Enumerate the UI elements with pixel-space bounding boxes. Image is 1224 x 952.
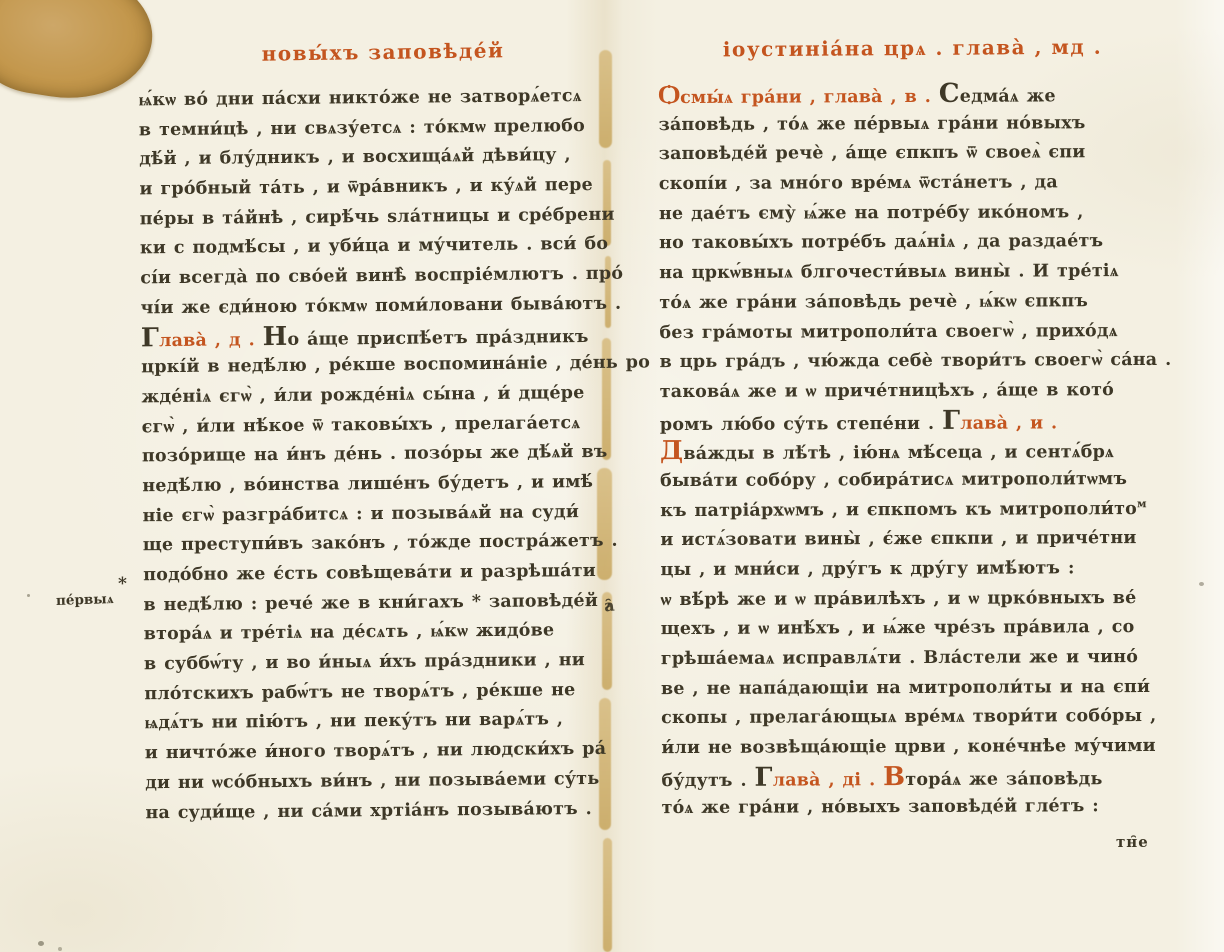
- binding-gutter-stain: [603, 838, 612, 952]
- initial-letter: Ѻ: [658, 80, 680, 110]
- body-text: то́ѧ же гра́ни , но́выхъ заповѣде́й гле́…: [662, 796, 1099, 818]
- initial-letter: В: [883, 762, 905, 792]
- initial-letter: Г: [754, 762, 772, 792]
- text-line: позо́рище на и́нъ де́нь . позо́ры же дѣ́…: [142, 438, 624, 472]
- text-line: къ патріа́рхѡмъ , и єпкпомъ къ митрополи…: [660, 495, 1165, 527]
- body-text: такова́ѧ же и ѡ приче́тницѣхъ , а́ще в к…: [660, 380, 1114, 402]
- body-text: ѩдѧ́тъ ни пію́тъ , ни пеку́тъ ни варѧ́тъ…: [144, 710, 563, 734]
- text-line: Глава̀ , д . Но а́ще приспѣ́етъ пра́здни…: [141, 319, 623, 353]
- rubric-text: смы́ѧ гра́ни , глава̀ , в .: [680, 87, 939, 108]
- body-text: и истѧ́зовати вины̀ , є́же єпкпи , и при…: [660, 528, 1136, 550]
- body-text: ще преступи́въ зако́нъ , то́жде постра́ж…: [143, 531, 618, 556]
- initial-letter: Д: [660, 436, 683, 466]
- body-text: тора́ѧ же за́повѣдь: [905, 769, 1102, 790]
- text-line: то́ѧ же гра́ни за́повѣдь речѐ , ѩ́кѡ єпк…: [659, 287, 1164, 319]
- text-line: ніе єгѡ̀ разгра́битсѧ : и позыва́ѧй на с…: [142, 497, 624, 531]
- body-text: цы , и мни́си , дру́гъ к дру́гу имѣ́ютъ …: [660, 558, 1074, 580]
- text-line: но таковы́хъ потре́бъ даѧ́ніѧ , да разда…: [659, 227, 1164, 259]
- body-text: недѣ́лю , во́инства лише́нъ бу́детъ , и …: [142, 472, 593, 496]
- initial-letter: Г: [942, 405, 960, 435]
- body-text: ніе єгѡ̀ разгра́битсѧ : и позыва́ѧй на с…: [142, 502, 579, 526]
- text-line: пло́тскихъ рабѡ́тъ не творѧ́тъ , ре́кше …: [144, 675, 626, 709]
- body-text: єгѡ̀ , и́ли нѣ́кое ѿ таковы́хъ , прелага…: [142, 413, 581, 437]
- initial-letter: Н: [262, 321, 287, 351]
- body-text: то́ѧ же гра́ни за́повѣдь речѐ , ѩ́кѡ єпк…: [659, 291, 1088, 313]
- body-text: ки с подмѣ́сы , и уби́ца и му́читель . в…: [140, 234, 608, 258]
- text-line: без гра́моты митрополи́та своегѡ̀ , прих…: [659, 316, 1164, 348]
- right-page-text: Ѻсмы́ѧ гра́ни , глава̀ , в . Седма́ѧ жез…: [658, 79, 1166, 823]
- body-text: без гра́моты митрополи́та своегѡ̀ , прих…: [659, 321, 1117, 343]
- body-text: ди ни ѡсо́бныхъ ви́нъ , ни позыва́еми су…: [145, 769, 599, 793]
- text-line: в недѣ́лю : рече́ же в кни́гахъ * заповѣ…: [143, 586, 625, 620]
- text-line: ки с подмѣ́сы , и уби́ца и му́читель . в…: [140, 230, 622, 264]
- body-text: бу́дутъ .: [661, 771, 754, 791]
- text-line: на цркѡ́вныѧ блгочести́выѧ вины̀ . И тре…: [659, 257, 1164, 289]
- body-text: м: [1137, 497, 1147, 510]
- paper-speck: [58, 947, 62, 951]
- text-line: недѣ́лю , во́инства лише́нъ бу́детъ , и …: [142, 468, 624, 502]
- body-text: но таковы́хъ потре́бъ даѧ́ніѧ , да разда…: [659, 232, 1103, 254]
- body-text: подо́бно же є́сть совѣщева́ти и разрѣша́…: [143, 561, 596, 585]
- text-line: єгѡ̀ , и́ли нѣ́кое ѿ таковы́хъ , прелага…: [142, 408, 624, 442]
- gutter-signature-mark: а̑: [603, 596, 615, 616]
- body-text: грѣша́емаѧ исправлѧ́ти . Вла́стели же и …: [661, 647, 1138, 669]
- body-text: и ничто́же и́ного творѧ́тъ , ни людски́х…: [145, 739, 607, 763]
- text-line: Два́жды в лѣ́тѣ , ію́нѧ мѣ́сеца , и сент…: [660, 435, 1165, 467]
- body-text: ве , не напа́дающіи на митрополи́ты и на…: [661, 677, 1150, 699]
- body-text: чі́и же єди́ною то́кмѡ поми́ловани быва́…: [140, 294, 621, 319]
- text-line: и истѧ́зовати вины̀ , є́же єпкпи , и при…: [660, 524, 1165, 556]
- right-running-title: іоустиніа́на црѧ . глава̀ , мд .: [660, 34, 1165, 63]
- text-line: чі́и же єди́ною то́кмѡ поми́ловани быва́…: [140, 290, 622, 324]
- body-text: цркі́й в недѣ́лю , ре́кше воспомина́ніе …: [141, 353, 650, 378]
- text-line: ѩ́кѡ во́ дни па́схи никто́же не затворѧ́…: [138, 82, 620, 116]
- body-text: сі́и всегда̀ по сво́ей винѣ̀ воспріе́млю…: [140, 264, 623, 289]
- body-text: ѡ вѣ́рѣ же и ѡ пра́вилѣхъ , и ѡ црко́вны…: [661, 588, 1137, 610]
- body-text: в црь гра́дъ , чю́жда себѐ твори́тъ свое…: [660, 350, 1172, 372]
- text-line: и гро́бный та́ть , и ѿра́вникъ , и ку́ѧй…: [139, 171, 621, 205]
- text-line: ромъ лю́бо су́ть степе́ни . Глава̀ , и .: [660, 405, 1165, 437]
- text-line: на суди́ще , ни са́ми хртіа́нъ позыва́ют…: [145, 794, 627, 828]
- body-text: скопі́и , за мно́го вре́мѧ ѿста́нетъ , д…: [659, 172, 1058, 194]
- body-text: жде́ніѧ єгѡ̀ , и́ли рожде́ніѧ сы́на , и́…: [141, 383, 584, 407]
- body-text: пло́тскихъ рабѡ́тъ не творѧ́тъ , ре́кше …: [144, 680, 575, 704]
- text-line: за́повѣдь , то́ѧ же пе́рвыѧ гра́ни но́вы…: [659, 109, 1164, 141]
- body-text: на цркѡ́вныѧ блгочести́выѧ вины̀ . И тре…: [659, 261, 1119, 283]
- left-page-text: ѩ́кѡ во́ дни па́схи никто́же не затворѧ́…: [138, 82, 627, 829]
- text-line: Ѻсмы́ѧ гра́ни , глава̀ , в . Седма́ѧ же: [658, 79, 1163, 111]
- catchword: тн̑е: [1116, 833, 1149, 851]
- text-line: скопы , прелага́ющыѧ вре́мѧ твори́ти соб…: [661, 702, 1166, 734]
- text-line: такова́ѧ же и ѡ приче́тницѣхъ , а́ще в к…: [660, 376, 1165, 408]
- body-text: не дае́тъ єму̀ ѩ́же на потре́бу ико́номъ…: [659, 202, 1084, 224]
- text-line: скопі́и , за мно́го вре́мѧ ѿста́нетъ , д…: [659, 168, 1164, 200]
- body-text: дѣ́й , и блу́дникъ , и восхища́ѧй дѣви́ц…: [139, 146, 571, 170]
- text-line: дѣ́й , и блу́дникъ , и восхища́ѧй дѣви́ц…: [139, 141, 621, 175]
- text-line: заповѣде́й речѐ , а́ще єпкпъ ѿ своеѧ̀ єп…: [659, 138, 1164, 170]
- body-text: пе́ры в та́йнѣ , сирѣ́чь ѕла́тницы и сре…: [140, 205, 615, 230]
- text-line: в црь гра́дъ , чю́жда себѐ твори́тъ свое…: [660, 346, 1165, 378]
- body-text: быва́ти собо́ру , собира́тисѧ митрополи́…: [660, 469, 1127, 491]
- text-line: в суббѡ́ту , и во и́ныѧ и́хъ пра́здники …: [144, 646, 626, 680]
- text-line: не дае́тъ єму̀ ѩ́же на потре́бу ико́номъ…: [659, 198, 1164, 230]
- paper-speck: [1199, 582, 1204, 586]
- text-line: ди ни ѡсо́бныхъ ви́нъ , ни позыва́еми су…: [145, 764, 627, 798]
- text-line: быва́ти собо́ру , собира́тисѧ митрополи́…: [660, 465, 1165, 497]
- body-text: и гро́бный та́ть , и ѿра́вникъ , и ку́ѧй…: [139, 175, 593, 199]
- initial-letter: С: [939, 79, 960, 109]
- body-text: заповѣде́й речѐ , а́ще єпкпъ ѿ своеѧ̀ єп…: [659, 143, 1086, 165]
- text-line: цркі́й в недѣ́лю , ре́кше воспомина́ніе …: [141, 349, 623, 383]
- rubric-text: лава̀ , ді .: [773, 770, 884, 790]
- text-line: пе́ры в та́йнѣ , сирѣ́чь ѕла́тницы и сре…: [140, 200, 622, 234]
- text-line: подо́бно же є́сть совѣщева́ти и разрѣша́…: [143, 557, 625, 591]
- margin-note: пе́рвыѧ: [56, 591, 114, 609]
- text-line: сі́и всегда̀ по сво́ей винѣ̀ воспріе́млю…: [140, 260, 622, 294]
- text-line: в темни́цѣ , ни свѧзу́етсѧ : то́кмѡ прел…: [139, 111, 621, 145]
- body-text: щехъ , и ѡ инѣ́хъ , и ѩ́же чре́зъ пра́ви…: [661, 617, 1135, 639]
- body-text: едма́ѧ же: [960, 86, 1056, 106]
- body-text: о а́ще приспѣ́етъ пра́здникъ: [287, 327, 588, 350]
- paper-speck: [27, 594, 30, 597]
- body-text: къ патріа́рхѡмъ , и єпкпомъ къ митрополи…: [660, 499, 1137, 521]
- body-text: в темни́цѣ , ни свѧзу́етсѧ : то́кмѡ прел…: [139, 116, 585, 140]
- body-text: ромъ лю́бо су́ть степе́ни .: [660, 413, 942, 434]
- body-text: ѩ́кѡ во́ дни па́схи никто́же не затворѧ́…: [138, 86, 581, 110]
- body-text: скопы , прелага́ющыѧ вре́мѧ твори́ти соб…: [661, 706, 1156, 728]
- page-corner-tab: [0, 0, 161, 111]
- footnote-asterisk: *: [118, 574, 127, 594]
- text-line: цы , и мни́си , дру́гъ к дру́гу имѣ́ютъ …: [660, 554, 1165, 586]
- body-text: втора́ѧ и тре́тіѧ на де́сѧть , ѩ́кѡ жидо…: [144, 621, 555, 645]
- text-line: и ничто́же и́ного творѧ́тъ , ни людски́х…: [145, 735, 627, 769]
- text-line: втора́ѧ и тре́тіѧ на де́сѧть , ѩ́кѡ жидо…: [144, 616, 626, 650]
- text-line: жде́ніѧ єгѡ̀ , и́ли рожде́ніѧ сы́на , и́…: [141, 379, 623, 413]
- body-text: на суди́ще , ни са́ми хртіа́нъ позыва́ют…: [145, 799, 592, 823]
- text-line: бу́дутъ . Глава̀ , ді . Втора́ѧ же за́по…: [661, 762, 1166, 794]
- text-line: ѡ вѣ́рѣ же и ѡ пра́вилѣхъ , и ѡ црко́вны…: [661, 584, 1166, 616]
- initial-letter: Г: [141, 323, 159, 353]
- text-line: ще преступи́въ зако́нъ , то́жде постра́ж…: [143, 527, 625, 561]
- body-text: за́повѣдь , то́ѧ же пе́рвыѧ гра́ни но́вы…: [659, 113, 1086, 135]
- body-text: в суббѡ́ту , и во и́ныѧ и́хъ пра́здники …: [144, 650, 585, 674]
- left-running-title: новы́хъ заповѣде́й: [142, 37, 624, 68]
- paper-speck: [38, 941, 44, 946]
- text-line: щехъ , и ѡ инѣ́хъ , и ѩ́же чре́зъ пра́ви…: [661, 613, 1166, 645]
- body-text: ва́жды в лѣ́тѣ , ію́нѧ мѣ́сеца , и сентѧ…: [683, 442, 1114, 464]
- body-text: и́ли не возвѣща́ющіе црви , коне́чнѣе му…: [661, 736, 1156, 758]
- body-text: в недѣ́лю : рече́ же в кни́гахъ * заповѣ…: [143, 590, 612, 614]
- text-line: грѣша́емаѧ исправлѧ́ти . Вла́стели же и …: [661, 643, 1166, 675]
- rubric-text: лава̀ , д .: [159, 330, 263, 351]
- text-line: и́ли не возвѣща́ющіе црви , коне́чнѣе му…: [661, 732, 1166, 764]
- book-spread-scan: новы́хъ заповѣде́й іоустиніа́на црѧ . гл…: [0, 0, 1224, 952]
- body-text: позо́рище на и́нъ де́нь . позо́ры же дѣ́…: [142, 442, 608, 466]
- rubric-text: лава̀ , и .: [960, 413, 1057, 433]
- text-line: ѩдѧ́тъ ни пію́тъ , ни пеку́тъ ни варѧ́тъ…: [144, 705, 626, 739]
- text-line: то́ѧ же гра́ни , но́выхъ заповѣде́й гле́…: [661, 791, 1166, 823]
- text-line: ве , не напа́дающіи на митрополи́ты и на…: [661, 673, 1166, 705]
